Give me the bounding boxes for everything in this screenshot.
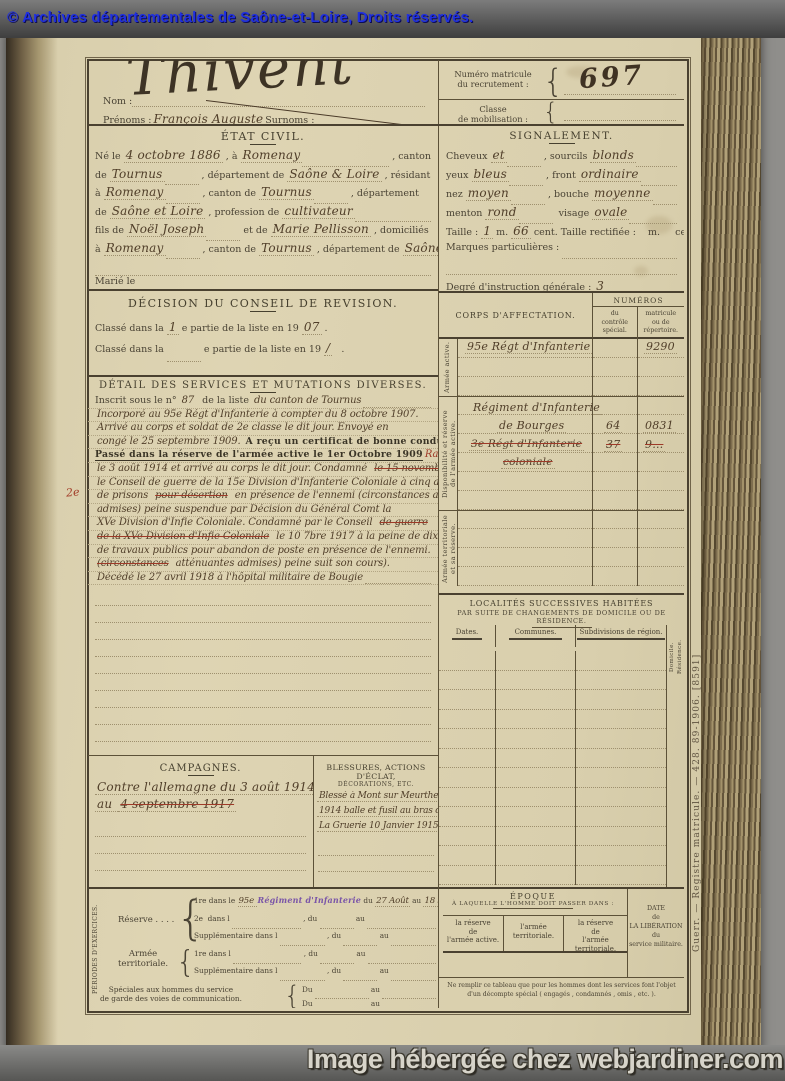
blessures-title: BLESSURES, ACTIONS D'ÉCLAT, — [314, 763, 438, 781]
blank-row — [95, 674, 431, 691]
section-etat-civil: ÉTAT CIVIL. Né le 4 octobre 1886 , à Rom… — [88, 126, 438, 291]
blank-row — [439, 671, 495, 691]
rail-territoriale: Armée territoriale et sa réserve. — [441, 513, 457, 585]
book-page-edges — [701, 26, 761, 1048]
blank-row — [496, 788, 575, 808]
campagnes-col: CAMPAGNES. Contre l'allemagne du 3 août … — [88, 756, 313, 887]
blessures-col: BLESSURES, ACTIONS D'ÉCLAT, DÉCORATIONS,… — [314, 756, 438, 887]
form-line: de Saône et Loire , profession de cultiv… — [88, 204, 438, 223]
form-line: Né le 4 octobre 1886 , à Romenay , canto… — [88, 148, 438, 167]
blank-row — [458, 491, 592, 510]
epoque-title: ÉPOQUE — [439, 892, 627, 901]
blank-row — [593, 548, 637, 567]
form-line: Contre l'allemagne du 3 août 1914 — [88, 780, 313, 797]
periode-row: Supplémentaire dans l , du au — [192, 931, 438, 946]
territoriale-label: Armée territoriale. — [118, 949, 168, 969]
form-line: de la XVe Division d'Infie Coloniale le … — [88, 531, 438, 545]
blank-row — [95, 871, 306, 887]
form-line: admises) peine suspendue par Décision du… — [88, 504, 438, 518]
matricule-label: Numéro matricule du recrutement : — [445, 69, 541, 89]
periode-row: 1re dans le 95e Régiment d'Infanterie du… — [192, 895, 438, 911]
section-services: DÉTAIL DES SERVICES ET MUTATIONS DIVERSE… — [88, 377, 438, 755]
section-epoque: ÉPOQUE À LAQUELLE L'HOMME DOIT PASSER DA… — [439, 887, 684, 1008]
section-corps-affectation: CORPS D'AFFECTATION. NUMÉROS du contrôle… — [439, 293, 684, 593]
corps-entry: de Bourges — [497, 419, 566, 433]
section-campagnes-blessures: CAMPAGNES. Contre l'allemagne du 3 août … — [88, 755, 438, 887]
form-line: Passé dans la réserve de l'armée active … — [88, 449, 438, 463]
corps-body: Armée active. Disponibilité et réserve d… — [439, 339, 684, 593]
form-line: Marié le — [88, 276, 438, 291]
section-decision: DÉCISION DU CONSEIL DE REVISION. Classé … — [88, 291, 438, 377]
blank-row — [638, 510, 684, 529]
blank-row — [593, 529, 637, 548]
blank-row — [638, 358, 684, 377]
form-header: Thivent Nom : Prénoms : François Auguste… — [88, 60, 684, 126]
periode-row: Du au — [300, 985, 438, 999]
rail-disponibilite: Disponibilité et réserve de l'armée acti… — [441, 399, 457, 509]
blank-row — [638, 396, 684, 415]
blank-row — [458, 529, 592, 548]
blank-row — [576, 807, 666, 827]
blank-row — [439, 788, 495, 808]
blank-row — [638, 491, 684, 510]
blank-row — [439, 807, 495, 827]
periode-row: Du au — [300, 999, 438, 1008]
localites-subtitle: PAR SUITE DE CHANGEMENTS DE DOMICILE OU … — [439, 609, 684, 625]
communes-rules — [495, 651, 575, 885]
blank-row — [638, 548, 684, 567]
mat-col-rules — [637, 339, 684, 586]
form-line: au 4 septembre 1917 — [88, 797, 313, 814]
blank-row — [576, 846, 666, 866]
corps-entry: Régiment d'Infanterie — [471, 401, 602, 415]
surnoms-label: Surnoms : — [265, 115, 314, 126]
blank-row — [95, 589, 431, 606]
printers-note-vertical: Guerr. — Registre matricule. — 428. 89-1… — [692, 612, 702, 952]
rail-armee-active: Armée active. — [443, 341, 451, 394]
col-communes: Communes. — [495, 625, 575, 647]
blank-row — [439, 710, 495, 730]
matricule-form: Thivent Nom : Prénoms : François Auguste… — [85, 57, 691, 1015]
classe-label: Classe de mobilisation : — [445, 104, 541, 124]
speciales-label: Spéciales aux hommes du service de garde… — [100, 985, 242, 1003]
blank-row — [95, 640, 431, 657]
blank-ruled-lines — [95, 820, 306, 887]
blank-row — [496, 807, 575, 827]
col-matricule-repertoire: matricule ou de répertoire. — [638, 307, 684, 339]
periode-row: 2e dans l , du au — [192, 914, 438, 929]
book-binding — [6, 26, 58, 1048]
blank-row — [496, 846, 575, 866]
epoque-note: Ne remplir ce tableau que pour les homme… — [439, 981, 684, 999]
form-line: Taille : 1 m. 66 cent. Taille rectifiée … — [439, 224, 684, 242]
blank-row — [593, 491, 637, 510]
blank-row — [439, 651, 495, 671]
blank-row — [439, 729, 495, 749]
blank-row — [496, 651, 575, 671]
signalement-title: SIGNALEMENT. — [439, 130, 684, 144]
form-line: congé le 25 septembre 1909. A reçu un ce… — [88, 436, 438, 450]
blank-row — [496, 866, 575, 886]
blank-row — [576, 827, 666, 847]
blank-row — [593, 339, 637, 358]
blank-row — [496, 729, 575, 749]
blank-row — [458, 472, 592, 491]
ctrl-entry: 64 — [604, 419, 622, 433]
dates-rules — [439, 651, 495, 885]
blank-row — [593, 377, 637, 396]
form-line: Classé dans la 1 e partie de la liste en… — [88, 320, 388, 341]
form-line — [439, 259, 684, 275]
epoque-col1: la réserve de l'armée active. — [443, 915, 503, 951]
webjardiner-watermark: Image hébergée chez webjardiner.com — [307, 1044, 783, 1075]
section-periodes: PÉRIODES D'EXERCICES. Réserve . . . . { … — [88, 887, 438, 1008]
blank-row — [95, 820, 306, 837]
numeros-title: NUMÉROS — [593, 293, 684, 307]
corps-title: CORPS D'AFFECTATION. — [456, 311, 576, 320]
ctrl-col-rules — [592, 339, 637, 586]
prenoms-value: François Auguste — [152, 112, 266, 126]
form-line: Marques particulières : — [439, 242, 684, 259]
blank-row — [95, 657, 431, 674]
epoque-col2: l'armée territoriale. — [503, 915, 563, 951]
form-line: de Tournus , département de Saône & Loir… — [88, 167, 438, 186]
blank-row — [458, 377, 592, 396]
blank-row — [576, 729, 666, 749]
blank-row — [439, 866, 495, 886]
campagnes-title: CAMPAGNES. — [88, 763, 313, 776]
blank-row — [496, 768, 575, 788]
periodes-rail-label: PÉRIODES D'EXERCICES. — [92, 899, 100, 999]
localites-title: LOCALITÉS SUCCESSIVES HABITÉES — [439, 599, 684, 608]
blank-row — [576, 690, 666, 710]
blank-row — [576, 710, 666, 730]
epoque-col3: la réserve de l'armée territoriale. — [563, 915, 627, 951]
blank-row — [318, 840, 434, 856]
blank-row — [496, 690, 575, 710]
reserve-label: Réserve . . . . — [118, 915, 174, 925]
margin-annotation: 2e — [65, 485, 80, 499]
col-controle-special: du contrôle spécial. — [593, 307, 638, 339]
form-line: (circonstances atténuantes admises) pein… — [88, 558, 438, 572]
blank-row — [95, 623, 431, 640]
epoque-subtitle: À LAQUELLE L'HOMME DOIT PASSER DANS : — [439, 901, 627, 907]
matricule-brace: { — [543, 62, 563, 100]
mat-entry-struck: 9… — [643, 438, 665, 452]
corps-title-cell: CORPS D'AFFECTATION. — [439, 293, 592, 339]
corps-entry-struck: coloniale — [501, 456, 555, 469]
blank-row — [593, 510, 637, 529]
form-line: de travaux publics pour abandon de poste… — [88, 545, 438, 559]
form-line: à Romenay , canton de Tournus , départem… — [88, 185, 438, 204]
form-line: Blessé à Mont sur Meurthe le 26 août — [314, 791, 438, 806]
classe-row: Classe de mobilisation : { — [439, 100, 684, 126]
matricule-row: Numéro matricule du recrutement : { 697 — [439, 60, 684, 100]
matricule-entry: 9290 — [644, 340, 677, 354]
epoque-head: ÉPOQUE À LAQUELLE L'HOMME DOIT PASSER DA… — [439, 889, 627, 915]
services-title: DÉTAIL DES SERVICES ET MUTATIONS DIVERSE… — [88, 380, 438, 393]
form-line: le 3 août 1914 et arrivé au corps le dit… — [88, 463, 438, 477]
blank-row — [576, 749, 666, 769]
top-photo-bar: © Archives départementales de Saône-et-L… — [0, 0, 785, 38]
section-signalement: SIGNALEMENT. Cheveux et , sourcils blond… — [439, 126, 684, 293]
matricule-box: Numéro matricule du recrutement : { 697 … — [438, 60, 684, 126]
blank-row — [576, 788, 666, 808]
periode-row: Supplémentaire dans l , du au — [192, 966, 438, 981]
col-dates: Dates. — [439, 625, 495, 647]
blank-row — [576, 768, 666, 788]
blank-row — [638, 472, 684, 491]
blank-row — [576, 671, 666, 691]
blank-row — [638, 453, 684, 472]
blank-row — [593, 358, 637, 377]
form-line: de prisons pour désertion en présence de… — [88, 490, 438, 504]
speciales-brace: { — [284, 981, 301, 1008]
blank-row — [439, 749, 495, 769]
blank-row — [95, 837, 306, 854]
form-line: Incorporé au 95e Régt d'Infanterie à com… — [88, 409, 438, 423]
blank-row — [496, 827, 575, 847]
form-line: menton rond visage ovale — [439, 205, 684, 224]
blank-ruled-lines — [318, 840, 434, 887]
blank-row — [593, 472, 637, 491]
section-rule — [439, 510, 684, 511]
blank-row — [496, 671, 575, 691]
section-rule — [439, 396, 684, 397]
blank-row — [95, 725, 431, 742]
localites-grid: Dates. Communes. Subdivisions de région.… — [439, 625, 684, 887]
bottom-photo-bar: Image hébergée chez webjardiner.com — [0, 1045, 785, 1081]
corps-entry: 95e Régt d'Infanterie — [465, 340, 592, 354]
blessures-subtitle: DÉCORATIONS, ETC. — [314, 781, 438, 788]
form-line: XVe Division d'Infie Coloniale. Condamné… — [88, 517, 438, 531]
etat-civil-title: ÉTAT CIVIL. — [88, 130, 438, 145]
archives-copyright-text: © Archives départementales de Saône-et-L… — [7, 9, 473, 26]
form-line: nez moyen , bouche moyenne — [439, 186, 684, 205]
subdiv-rules — [575, 651, 666, 885]
blank-row — [318, 856, 434, 872]
ctrl-entry-struck: 37 — [604, 438, 622, 452]
blank-row — [576, 651, 666, 671]
section-localites: LOCALITÉS SUCCESSIVES HABITÉES PAR SUITE… — [439, 593, 684, 887]
blank-row — [638, 567, 684, 586]
dotted-rule — [564, 120, 676, 121]
divider — [493, 908, 573, 909]
blank-row — [638, 377, 684, 396]
blank-row — [458, 358, 592, 377]
decision-title: DÉCISION DU CONSEIL DE REVISION. — [88, 297, 438, 312]
rule — [439, 977, 684, 978]
blank-row — [95, 708, 431, 725]
form-line: Cheveux et , sourcils blonds — [439, 148, 684, 167]
form-line: Inscrit sous le n° 87 de la liste du can… — [88, 395, 438, 409]
rule — [443, 951, 627, 953]
blank-row — [95, 742, 431, 755]
blank-row — [439, 827, 495, 847]
mat-entry: 0831 — [643, 419, 676, 433]
form-line: yeux bleus , front ordinaire — [439, 167, 684, 186]
corps-rail: Armée active. Disponibilité et réserve d… — [439, 339, 457, 586]
blank-row — [576, 866, 666, 886]
form-line: 1914 balle et fusil au bras droit. — [314, 806, 438, 821]
blank-row — [496, 710, 575, 730]
form-line: Décédé le 27 avril 1918 à l'hôpital mili… — [88, 572, 438, 586]
blank-row — [638, 529, 684, 548]
blank-row — [593, 567, 637, 586]
form-line: La Gruerie 10 Janvier 1915 gelure des pi… — [314, 821, 438, 836]
blank-row — [95, 691, 431, 708]
blank-row — [95, 854, 306, 871]
form-line: à Romenay , canton de Tournus , départem… — [88, 241, 438, 260]
blank-row — [439, 846, 495, 866]
blank-row — [318, 872, 434, 887]
blank-ruled-lines — [95, 589, 431, 755]
col-subdivisions: Subdivisions de région. — [575, 625, 666, 647]
prenoms-label: Prénoms : — [103, 115, 152, 126]
form-line: Classé dans la e partie de la liste en 1… — [88, 341, 388, 362]
blank-row — [95, 606, 431, 623]
periode-row: 1re dans l , du au — [192, 949, 438, 964]
form-line: fils de Noël Joseph et de Marie Pellisso… — [88, 222, 438, 241]
blank-row — [496, 749, 575, 769]
matricule-value: 697 — [578, 60, 645, 95]
form-line — [88, 259, 438, 276]
prenoms-line: Prénoms : François Auguste Surnoms : — [96, 112, 432, 126]
form-line: Degré d'instruction générale : 3 — [439, 279, 684, 293]
dotted-rule — [564, 94, 676, 95]
classe-brace: { — [543, 98, 558, 126]
corps-entry-struck: 3e Régt d'Infanterie — [469, 438, 584, 451]
blank-row — [593, 453, 637, 472]
blank-row — [439, 768, 495, 788]
col-domicile-residence: Domicile. Résidence. — [666, 625, 684, 887]
form-line: le Conseil de guerre de la 15e Division … — [88, 477, 438, 491]
numeros-head: NUMÉROS du contrôle spécial. matricule o… — [592, 293, 684, 339]
blank-row — [458, 548, 592, 567]
epoque-date-col: DATE de LA LIBÉRATION du service militai… — [627, 889, 684, 977]
blank-row — [458, 567, 592, 586]
blank-row — [439, 690, 495, 710]
form-line: Arrivé au corps et soldat de 2e classe l… — [88, 422, 438, 436]
blank-row — [458, 510, 592, 529]
